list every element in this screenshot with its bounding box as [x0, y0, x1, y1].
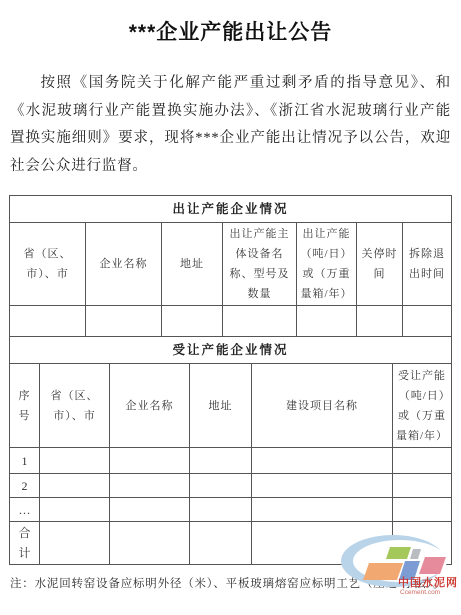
column-header-province: 省（区、市）、市: [40, 364, 110, 448]
table-cell: [190, 474, 252, 498]
table-cell: [393, 498, 452, 522]
intro-paragraph: 按照《国务院关于化解产能严重过剩矛盾的指导意见》、和《水泥玻璃行业产能置换实施办…: [10, 70, 451, 180]
table-cell: [110, 522, 190, 565]
table-cell: [297, 306, 357, 337]
page-title: ***企业产能出让公告: [9, 16, 452, 46]
column-header-removal-time: 拆除退出时间: [403, 223, 452, 306]
table-cell: [252, 474, 393, 498]
column-header-project-name: 建设项目名称: [252, 364, 393, 448]
column-header-equipment: 出让产能主体设备名称、型号及数量: [223, 223, 297, 306]
table-cell: [252, 498, 393, 522]
table-cell: [86, 306, 162, 337]
table-cell: [252, 448, 393, 474]
column-header-serial: 序号: [10, 364, 40, 448]
row-index-total: 合计: [10, 522, 40, 565]
table-cell: [110, 448, 190, 474]
table-cell: [10, 306, 86, 337]
column-header-address: 地址: [190, 364, 252, 448]
column-header-province: 省（区、市）、市: [10, 223, 86, 306]
row-index: 1: [10, 448, 40, 474]
column-header-shutdown-time: 关停时间: [357, 223, 403, 306]
table-cell: [403, 306, 452, 337]
table-row: 2: [10, 474, 452, 498]
transfer-in-table: 受让产能企业情况 序号 省（区、市）、市 企业名称 地址 建设项目名称 受让产能…: [9, 336, 452, 565]
table-row: …: [10, 498, 452, 522]
table-cell: [162, 306, 223, 337]
footnote: 注：水泥回转窑设备应标明外径（米）、平板玻璃熔窑应标明工艺（压延/浮法）。: [10, 575, 451, 591]
table-cell: [393, 522, 452, 565]
table-cell: [252, 522, 393, 565]
table-cell: [40, 448, 110, 474]
column-header-capacity: 受让产能（吨/日）或（万重量箱/年）: [393, 364, 452, 448]
row-index: …: [10, 498, 40, 522]
table-cell: [40, 498, 110, 522]
column-header-capacity: 出让产能（吨/日）或（万重量箱/年）: [297, 223, 357, 306]
row-index: 2: [10, 474, 40, 498]
table-cell: [110, 474, 190, 498]
table-cell: [190, 498, 252, 522]
table-cell: [190, 522, 252, 565]
table-cell: [393, 474, 452, 498]
table-cell: [190, 448, 252, 474]
table-row: [10, 306, 452, 337]
announcement-document: ***企业产能出让公告 按照《国务院关于化解产能严重过剩矛盾的指导意见》、和《水…: [0, 16, 461, 591]
transfer-out-table: 出让产能企业情况 省（区、市）、市 企业名称 地址 出让产能主体设备名称、型号及…: [9, 195, 452, 337]
table-cell: [110, 498, 190, 522]
column-header-company: 企业名称: [110, 364, 190, 448]
table-row-total: 合计: [10, 522, 452, 565]
table-cell: [223, 306, 297, 337]
table-row: 1: [10, 448, 452, 474]
column-header-address: 地址: [162, 223, 223, 306]
table-cell: [357, 306, 403, 337]
column-header-company: 企业名称: [86, 223, 162, 306]
table-cell: [393, 448, 452, 474]
transfer-out-section-title: 出让产能企业情况: [10, 196, 452, 223]
transfer-in-section-title: 受让产能企业情况: [10, 337, 452, 364]
table-cell: [40, 474, 110, 498]
table-cell: [40, 522, 110, 565]
